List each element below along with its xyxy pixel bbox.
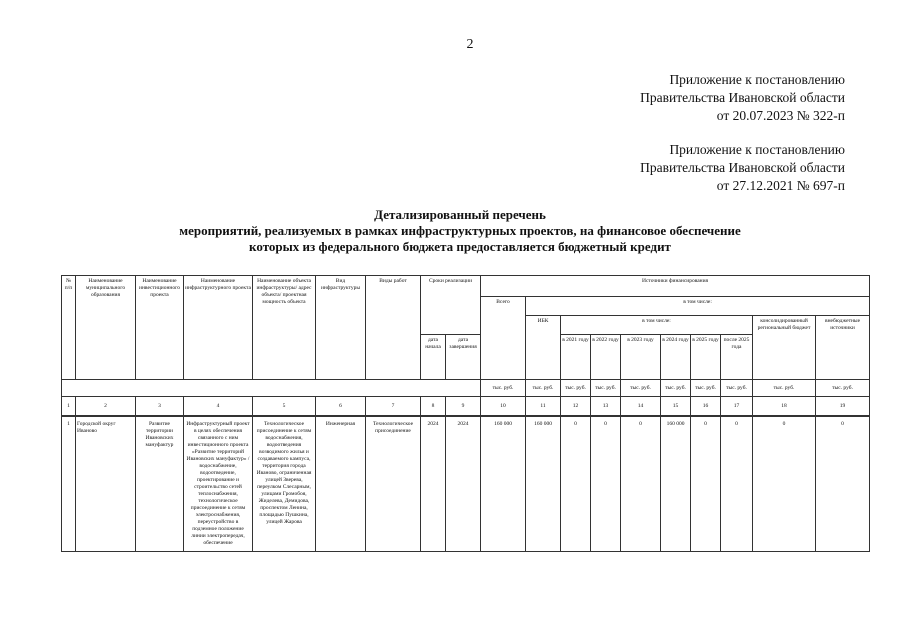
appendix-line: от 27.12.2021 № 697-п	[640, 177, 845, 195]
cell-extrabudgetary: 0	[816, 416, 870, 552]
unit-label: тыс. руб.	[561, 380, 591, 397]
column-number: 7	[366, 397, 421, 417]
cell-after2025: 0	[721, 416, 753, 552]
cell-municipality: Городской округ Иваново	[76, 416, 136, 552]
unit-label: тыс. руб.	[753, 380, 816, 397]
header-including-ibk: в том числе:	[561, 316, 753, 335]
cell-regional-budget: 0	[753, 416, 816, 552]
cell-investment-project: Развитие территории Ивановских мануфакту…	[136, 416, 184, 552]
header-y2022: в 2022 году	[591, 335, 621, 380]
cell-y2025: 0	[691, 416, 721, 552]
cell-y2024: 160 000	[661, 416, 691, 552]
column-number: 13	[591, 397, 621, 417]
column-number: 6	[316, 397, 366, 417]
column-number: 4	[184, 397, 253, 417]
table-row: 1 Городской округ Иваново Развитие терри…	[62, 416, 870, 552]
unit-label: тыс. руб.	[526, 380, 561, 397]
header-y2024: в 2024 году	[661, 335, 691, 380]
header-including: в том числе:	[526, 297, 870, 316]
title-line: которых из федерального бюджета предоста…	[60, 239, 860, 255]
infrastructure-measures-table: № п/п Наименование муниципального образо…	[61, 275, 870, 552]
header-total: Всего	[481, 297, 526, 380]
cell-ibk: 160 000	[526, 416, 561, 552]
cell-infra-type: Инженерная	[316, 416, 366, 552]
unit-label: тыс. руб.	[691, 380, 721, 397]
appendix-original-decree: Приложение к постановлению Правительства…	[640, 141, 845, 195]
column-number: 5	[253, 397, 316, 417]
cell-y2023: 0	[621, 416, 661, 552]
column-number: 1	[62, 397, 76, 417]
units-spacer	[62, 380, 481, 397]
header-investment-project: Наименование инвестиционного проекта	[136, 276, 184, 380]
header-y2025: в 2025 году	[691, 335, 721, 380]
cell-y2022: 0	[591, 416, 621, 552]
unit-label: тыс. руб.	[591, 380, 621, 397]
header-object: Наименование объекта инфраструктуры/ адр…	[253, 276, 316, 380]
header-y2023: в 2023 году	[621, 335, 661, 380]
cell-infrastructure-project: Инфраструктурный проект в целях обеспече…	[184, 416, 253, 552]
header-municipality: Наименование муниципального образования	[76, 276, 136, 380]
column-number: 17	[721, 397, 753, 417]
unit-label: тыс. руб.	[621, 380, 661, 397]
document-title: Детализированный перечень мероприятий, р…	[60, 207, 860, 255]
cell-start-date: 2024	[421, 416, 446, 552]
header-regional-budget: консолидированный региональный бюджет	[753, 316, 816, 380]
cell-object: Технологическое присоединение к сетям во…	[253, 416, 316, 552]
header-num: № п/п	[62, 276, 76, 380]
cell-total: 160 000	[481, 416, 526, 552]
column-number: 18	[753, 397, 816, 417]
header-funding-sources: Источники финансирования	[481, 276, 870, 297]
header-end-date: дата завершения	[446, 335, 481, 380]
header-work-types: Виды работ	[366, 276, 421, 380]
appendix-line: Правительства Ивановской области	[640, 89, 845, 107]
cell-y2021: 0	[561, 416, 591, 552]
column-numbers-row: 12345678910111213141516171819	[62, 397, 870, 417]
header-start-date: дата начала	[421, 335, 446, 380]
column-number: 19	[816, 397, 870, 417]
title-line: мероприятий, реализуемых в рамках инфрас…	[60, 223, 860, 239]
header-ibk: ИБК	[526, 316, 561, 380]
cell-num: 1	[62, 416, 76, 552]
column-number: 14	[621, 397, 661, 417]
column-number: 2	[76, 397, 136, 417]
appendix-current-decree: Приложение к постановлению Правительства…	[640, 71, 845, 125]
header-y2021: в 2021 году	[561, 335, 591, 380]
unit-label: тыс. руб.	[721, 380, 753, 397]
appendix-line: Приложение к постановлению	[640, 71, 845, 89]
cell-end-date: 2024	[446, 416, 481, 552]
unit-label: тыс. руб.	[661, 380, 691, 397]
title-line: Детализированный перечень	[60, 207, 860, 223]
column-number: 8	[421, 397, 446, 417]
appendix-line: Приложение к постановлению	[640, 141, 845, 159]
header-infra-type: Вид инфраструктуры	[316, 276, 366, 380]
appendix-line: Правительства Ивановской области	[640, 159, 845, 177]
header-timeline: Сроки реализации	[421, 276, 481, 335]
cell-work-types: Технологическое присоединение	[366, 416, 421, 552]
header-after2025: после 2025 года	[721, 335, 753, 380]
column-number: 15	[661, 397, 691, 417]
column-number: 16	[691, 397, 721, 417]
column-number: 9	[446, 397, 481, 417]
page-number: 2	[0, 37, 905, 53]
column-number: 11	[526, 397, 561, 417]
column-number: 10	[481, 397, 526, 417]
header-infrastructure-project: Наименование инфраструктурного проекта	[184, 276, 253, 380]
unit-label: тыс. руб.	[816, 380, 870, 397]
column-number: 12	[561, 397, 591, 417]
unit-label: тыс. руб.	[481, 380, 526, 397]
appendix-line: от 20.07.2023 № 322-п	[640, 107, 845, 125]
column-number: 3	[136, 397, 184, 417]
header-extrabudgetary: внебюджетные источники	[816, 316, 870, 380]
